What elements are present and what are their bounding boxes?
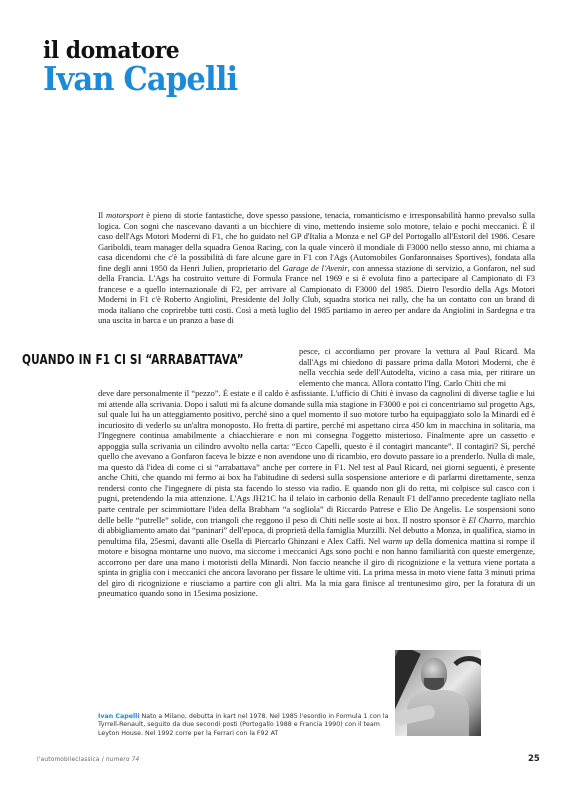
italic-term: El Charro [468,515,502,525]
caption-text: Nato a Milano, debutta in kart nel 1978.… [98,713,388,737]
italic-term: warm up [383,536,413,546]
publication-name: l'automobileclassica / [37,757,106,763]
article-body-right-column: pesce, ci accordiamo per provare la vett… [299,346,535,388]
caption-name: Ivan Capelli [98,713,140,720]
photo-caption: Ivan Capelli Nato a Milano, debutta in k… [98,713,398,738]
paragraph-right: pesce, ci accordiamo per provare la vett… [299,346,535,388]
italic-term: Garage de l'Avenir [282,263,347,273]
footer-publication: l'automobileclassica / numero 74 [37,757,139,763]
paragraph-main: deve dare personalmente il “pezzo”. È es… [98,388,535,599]
section-subheading: QUANDO IN F1 CI SI “ARRABATTAVA” [22,352,244,368]
paragraph-intro: Il motorsport è pieno di storie fantasti… [98,210,535,326]
article-body-intro: Il motorsport è pieno di storie fantasti… [98,210,535,326]
issue-number: numero 74 [106,757,140,763]
article-title: Ivan Capelli [43,60,237,98]
text-segment: Il [98,210,106,220]
article-body-main: deve dare personalmente il “pezzo”. È es… [98,388,535,599]
portrait-photo [395,650,481,736]
beard-shape [424,678,444,690]
page-number: 25 [528,754,540,764]
text-segment: deve dare personalmente il “pezzo”. È es… [98,388,535,525]
italic-term: motorsport [106,210,144,220]
